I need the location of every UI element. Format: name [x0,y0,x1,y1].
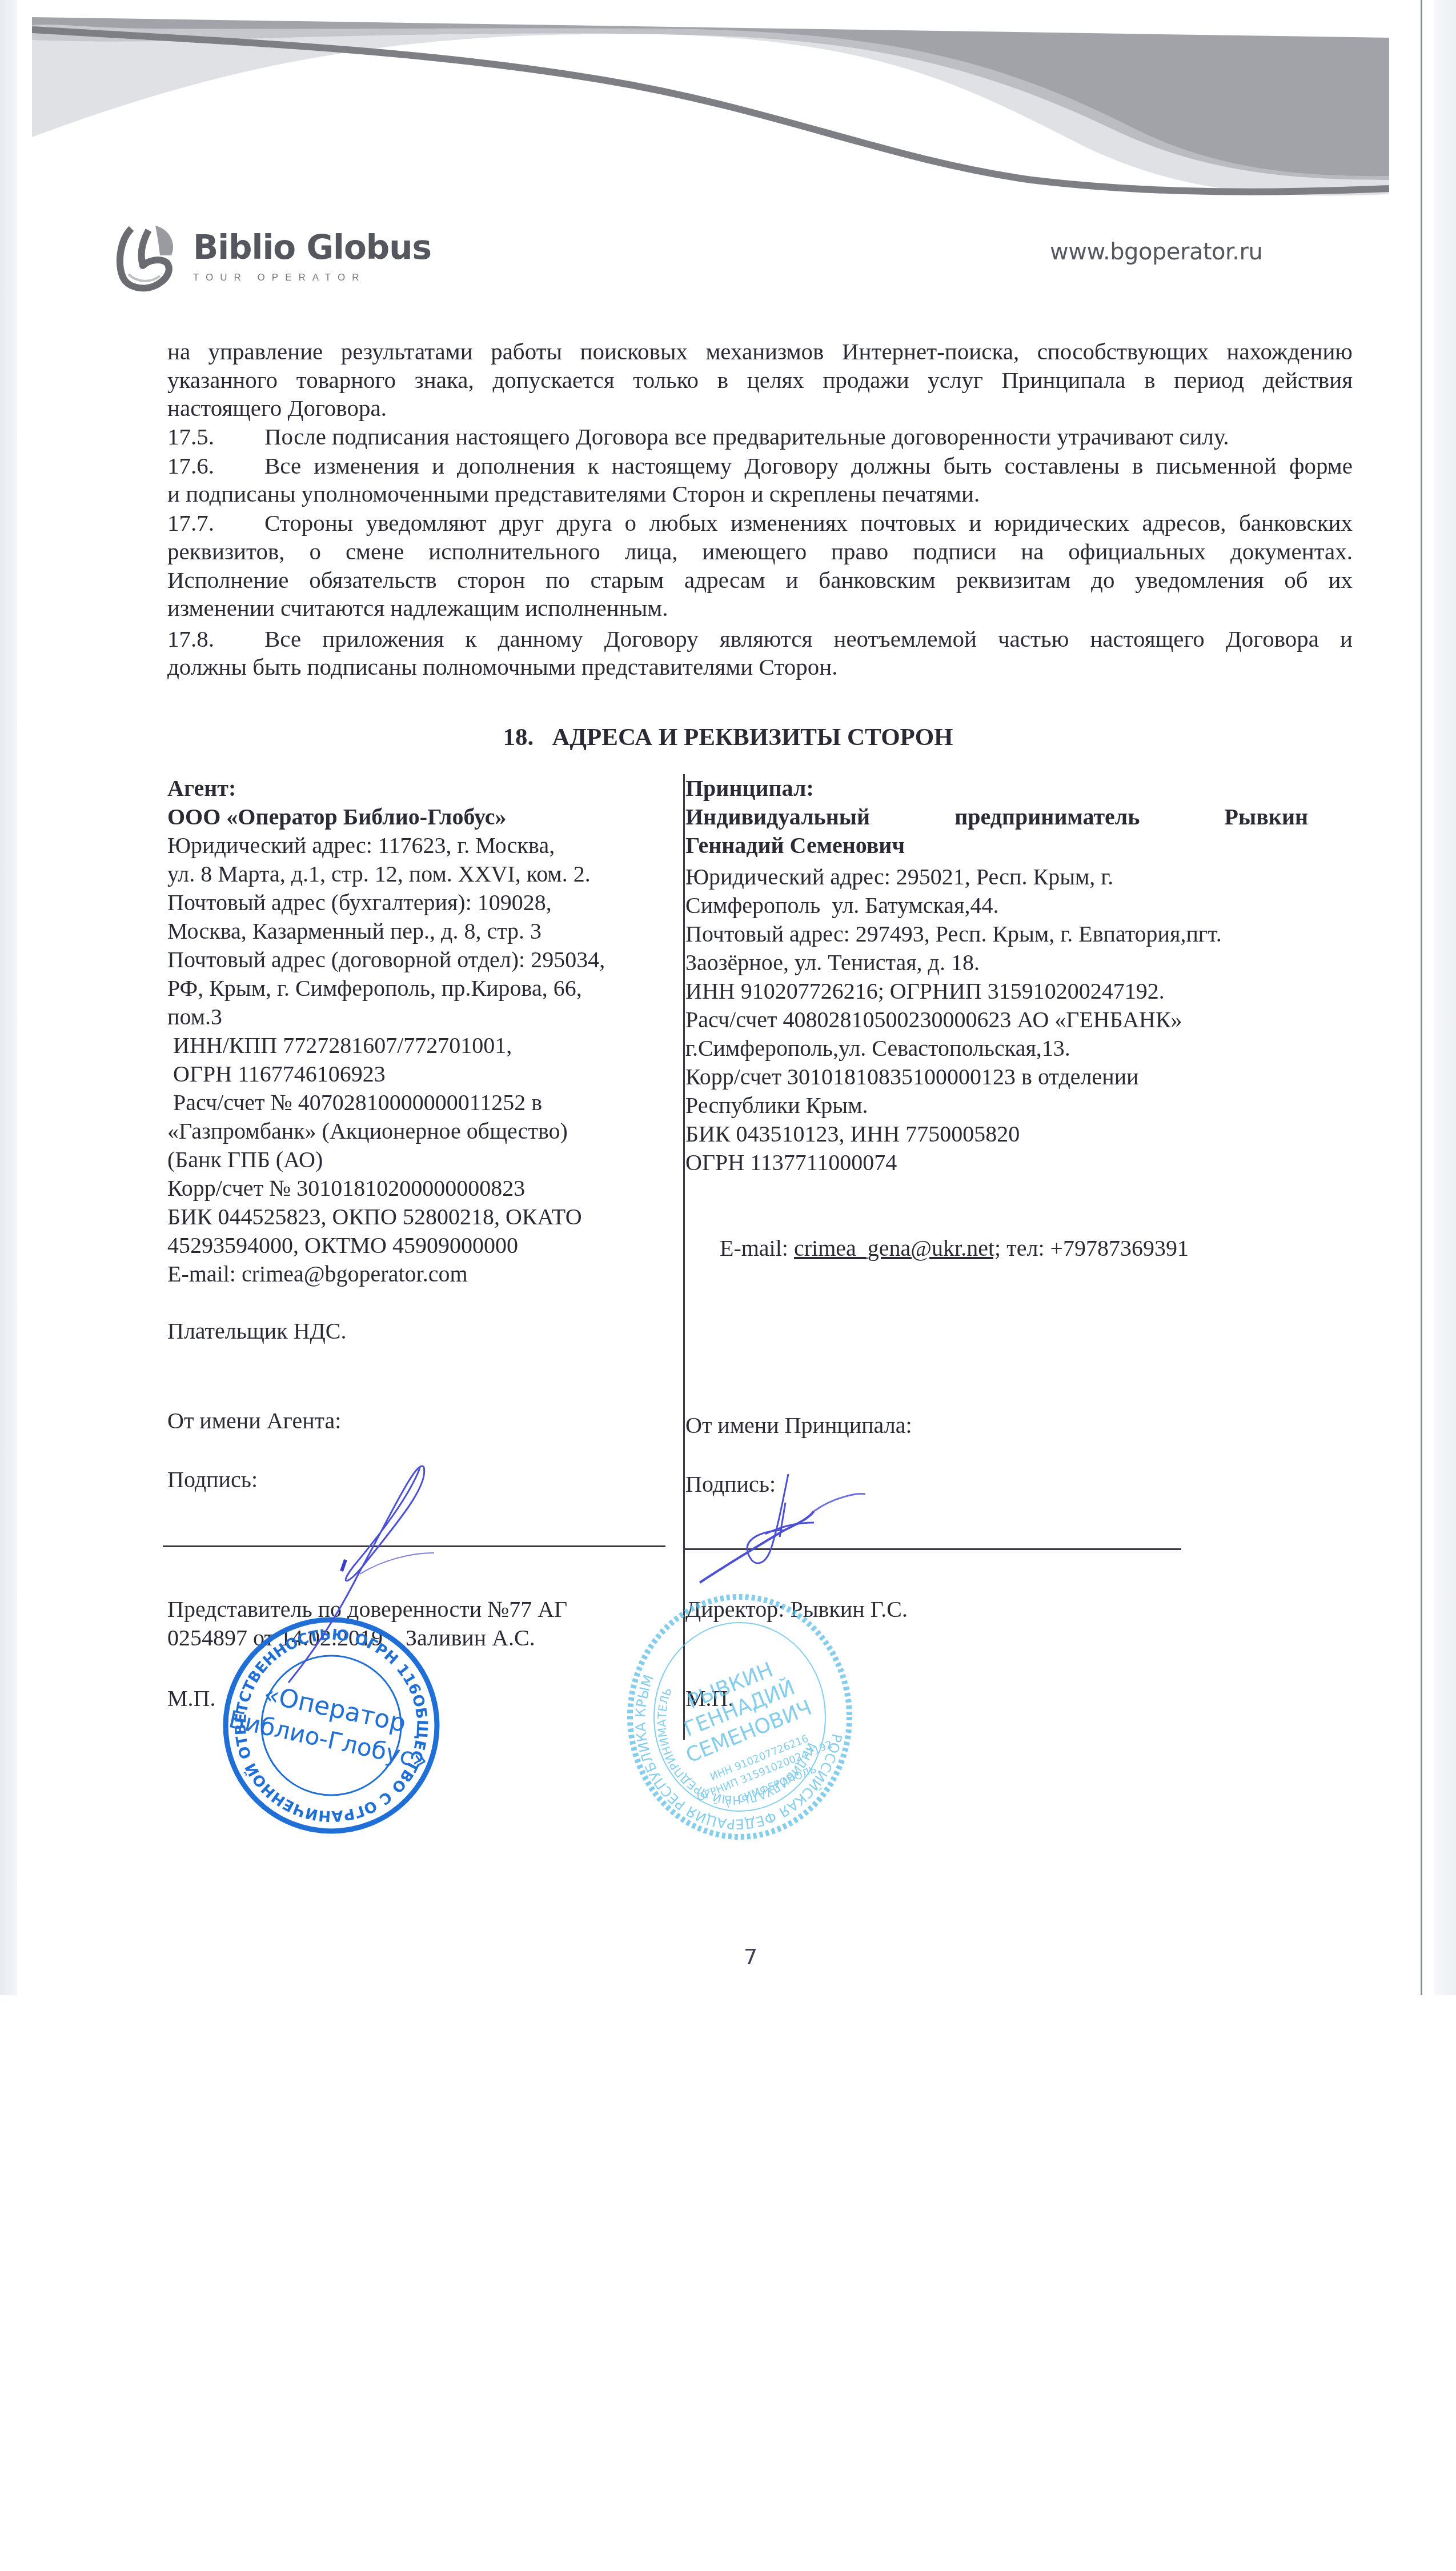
agent-stamp-line-2: Библио-Глобус» [226,1705,430,1775]
agent-on-behalf: От имени Агента: [167,1407,341,1435]
principal-role: Принципал: [685,774,814,803]
clause-17-7: 17.7.Стороны уведомляют друг друга о люб… [167,508,1353,537]
clause-17-6-line-2: и подписаны уполномоченными представител… [167,480,980,507]
principal-director: Директор: Рывкин Г.С. [685,1595,908,1624]
principal-corr-branch: Республики Крым. [685,1091,868,1120]
agent-detail: Москва, Казарменный пер., д. 8, стр. 3 [167,917,542,946]
agent-name: ООО «Оператор Библио-Глобус» [167,803,507,831]
clause-17-7-line-3: Исполнение обязательств сторон по старым… [167,566,1353,594]
column-divider [683,774,685,1740]
clause-17-6: 17.6.Все изменения и дополнения к настоя… [167,451,1353,480]
principal-ip-stamp: РОССИЙСКАЯ ФЕДЕРАЦИЯ РЕСПУБЛИКА КРЫМ ИНД… [625,1591,854,1843]
principal-stamp-ogrnip: ОГРНИП 315910200247192 [695,1739,834,1804]
agent-detail: Почтовый адрес (договорной отдел): 29503… [167,946,605,974]
principal-ogrn: ОГРН 1137711000074 [685,1148,897,1177]
principal-contacts: E-mail: crimea_gena@ukr.net; тел: +79787… [685,1206,1189,1291]
principal-detail: Юридический адрес: 295021, Респ. Крым, г… [685,863,1113,891]
principal-signature-line [683,1548,1181,1550]
agent-role: Агент: [167,774,236,803]
scanned-page: Biblio Globus TOUR OPERATOR www.bgoperat… [0,0,1456,2000]
principal-on-behalf: От имени Принципала: [685,1411,912,1440]
agent-detail: ул. 8 Марта, д.1, стр. 12, пом. XXVI, ко… [167,860,591,888]
scan-edge-left [0,0,17,1995]
clause-17-8-line-2: должны быть подписаны полномочными предс… [167,653,837,680]
clause-text: Все приложения к данному Договору являют… [264,626,1353,652]
principal-stamp-inn: ИНН 910207726216 [708,1733,810,1783]
continuation-line-2: указанного товарного знака, допускается … [167,366,1353,394]
principal-name-line-1: Индивидуальный предприниматель Рывкин [685,803,1308,831]
section-number: 18. [503,724,534,751]
continuation-line-3: настоящего Договора. [167,394,387,422]
brand-tagline: TOUR OPERATOR [193,272,431,283]
clause-text: Стороны уведомляют друг друга о любых из… [264,510,1353,536]
section-title: 18. АДРЕСА И РЕКВИЗИТЫ СТОРОН [0,723,1456,751]
clause-17-7-line-4: изменении считаются надлежащим исполненн… [167,594,668,622]
principal-name-word: предприниматель [954,803,1140,831]
clause-17-7-line-2: реквизитов, о смене исполнительного лица… [167,537,1353,566]
agent-seal-label: М.П. [167,1684,215,1713]
agent-detail: РФ, Крым, г. Симферополь, пр.Кирова, 66, [167,974,582,1003]
agent-representative-line-2: 0254897 от 14.02.2019 Заливин А.С. [167,1624,535,1652]
agent-signature-label: Подпись: [167,1465,258,1494]
brand-logo: Biblio Globus TOUR OPERATOR [114,220,431,294]
principal-stamp-city: Г. СИМФЕРОПОЛЬ [724,1763,819,1811]
principal-bik-inn: БИК 043510123, ИНН 7750005820 [685,1120,1020,1148]
clause-17-8: 17.8.Все приложения к данному Договору я… [167,624,1353,653]
clause-text: Все изменения и дополнения к настоящему … [264,452,1353,479]
principal-signature-label: Подпись: [685,1470,776,1499]
principal-stamp-ring-text: РОССИЙСКАЯ ФЕДЕРАЦИЯ РЕСПУБЛИКА КРЫМ [625,1672,849,1843]
principal-account: Расч/счет 40802810500230000623 АО «ГЕНБА… [685,1006,1182,1034]
agent-okato-oktmo: 45293594000, ОКТМО 45909000000 [167,1231,518,1260]
principal-inn-ogrnip: ИНН 910207726216; ОГРНИП 315910200247192… [685,977,1165,1006]
principal-bank-address: г.Симферополь,ул. Севастопольская,13. [685,1034,1070,1063]
clause-text: После подписания настоящего Договора все… [264,423,1229,450]
principal-name-word: Индивидуальный [685,803,870,831]
agent-detail: Юридический адрес: 117623, г. Москва, [167,831,555,860]
agent-ogrn: ОГРН 1167746106923 [167,1060,386,1088]
brand-name: Biblio Globus [193,231,431,264]
clause-number: 17.6. [167,451,264,480]
continuation-line-1: на управление результатами работы поиско… [167,337,1353,366]
page-number: 7 [744,1944,757,1969]
principal-phone: тел: +79787369391 [1001,1235,1189,1261]
agent-stamp-line-1: «Оператор [261,1680,408,1738]
principal-email-label: E-mail: [720,1235,794,1261]
clause-number: 17.8. [167,624,264,653]
principal-detail: Почтовый адрес: 297493, Респ. Крым, г. Е… [685,920,1222,948]
agent-detail: Почтовый адрес (бухгалтерия): 109028, [167,888,552,917]
agent-detail: пом.3 [167,1003,222,1031]
agent-email: E-mail: crimea@bgoperator.com [167,1260,468,1288]
agent-signature-line [163,1545,665,1547]
svg-text:РОССИЙСКАЯ ФЕДЕРАЦИЯ РЕСПУБЛИК: РОССИЙСКАЯ ФЕДЕРАЦИЯ РЕСПУБЛИКА КРЫМ [625,1672,849,1843]
principal-email-link[interactable]: crimea_gena@ukr.net; [794,1235,1001,1261]
clause-17-5: 17.5.После подписания настоящего Договор… [167,423,1229,450]
agent-account: Расч/счет № 40702810000000011252 в [167,1088,542,1117]
agent-bik-okpo-okato: БИК 044525823, ОКПО 52800218, ОКАТО [167,1203,582,1231]
clause-number: 17.5. [167,423,264,450]
agent-representative-line-1: Представитель по доверенности №77 АГ [167,1595,567,1624]
agent-inn-kpp: ИНН/КПП 7727281607/772701001, [167,1031,512,1060]
clause-number: 17.7. [167,508,264,537]
scan-edge-right [1434,0,1456,1995]
agent-vat-note: Плательщик НДС. [167,1317,347,1345]
agent-signature [274,1451,548,1691]
principal-name-line-2: Геннадий Семенович [685,831,905,860]
principal-seal-label: М.П. [685,1684,733,1713]
agent-bank-short: (Банк ГПБ (АО) [167,1146,323,1174]
biblio-globus-logo-icon [114,220,183,294]
agent-corr-account: Корр/счет № 30101810200000000823 [167,1174,525,1203]
principal-name-word: Рывкин [1225,803,1308,831]
section-heading: АДРЕСА И РЕКВИЗИТЫ СТОРОН [552,724,953,751]
agent-bank: «Газпромбанк» (Акционерное общество) [167,1117,568,1146]
principal-detail: Симферополь ул. Батумская,44. [685,891,999,920]
principal-corr-account: Корр/счет 30101810835100000123 в отделен… [685,1063,1138,1091]
principal-detail: Заозёрное, ул. Тенистая, д. 18. [685,948,980,977]
website-url: www.bgoperator.ru [1050,239,1262,265]
header-wave-banner [32,17,1389,206]
scan-edge-rule [1421,0,1422,1995]
